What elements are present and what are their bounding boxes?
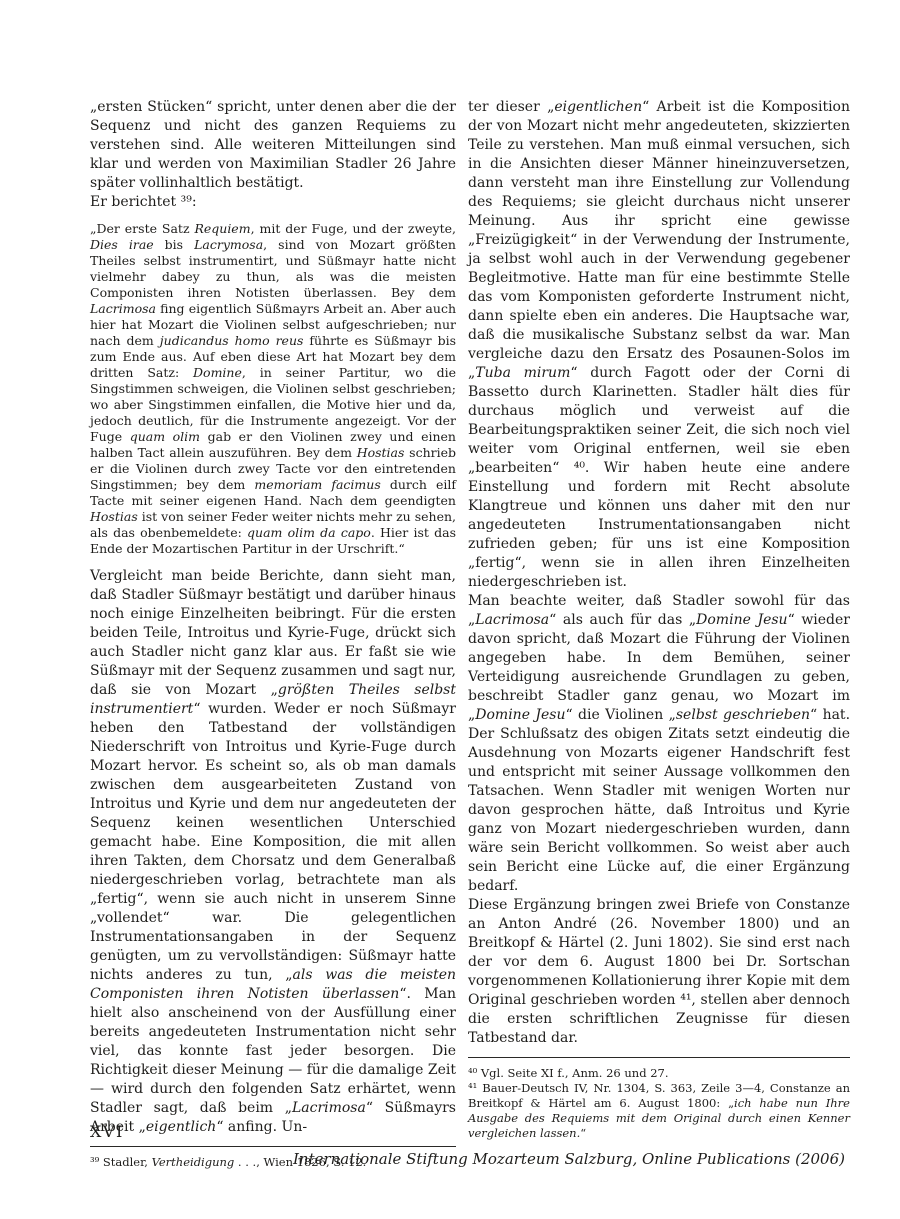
paragraph-ergaenzung: Diese Ergänzung bringen zwei Briefe von … [468, 896, 850, 1048]
text-columns: „ersten Stücken“ spricht, unter denen ab… [90, 98, 850, 1170]
right-column: ter dieser „eigentlichen“ Arbeit ist die… [468, 98, 850, 1170]
paragraph-vergleich: Vergleicht man beide Berichte, dann sieh… [90, 567, 456, 1137]
publication-footer: Internationale Stiftung Mozarteum Salzbu… [293, 1150, 845, 1168]
paragraph-intro: „ersten Stücken“ spricht, unter denen ab… [90, 98, 456, 193]
footnote-separator-left [90, 1146, 456, 1147]
paragraph-beachte: Man beachte weiter, daß Stadler sowohl f… [468, 592, 850, 896]
page-number: XVI [90, 1122, 124, 1141]
footnote-40: ⁴⁰ Vgl. Seite XI f., Anm. 26 und 27. [468, 1066, 850, 1081]
left-column: „ersten Stücken“ spricht, unter denen ab… [90, 98, 456, 1170]
stadler-block-quote: „Der erste Satz Requiem, mit der Fuge, u… [90, 221, 456, 557]
paragraph-bericht-lead: Er berichtet ³⁹: [90, 193, 456, 212]
paragraph-eigentlich: ter dieser „eigentlichen“ Arbeit ist die… [468, 98, 850, 592]
scanned-book-page: „ersten Stücken“ spricht, unter denen ab… [0, 0, 900, 1219]
footnote-separator-right [468, 1057, 850, 1058]
footnote-41: ⁴¹ Bauer-Deutsch IV, Nr. 1304, S. 363, Z… [468, 1081, 850, 1141]
